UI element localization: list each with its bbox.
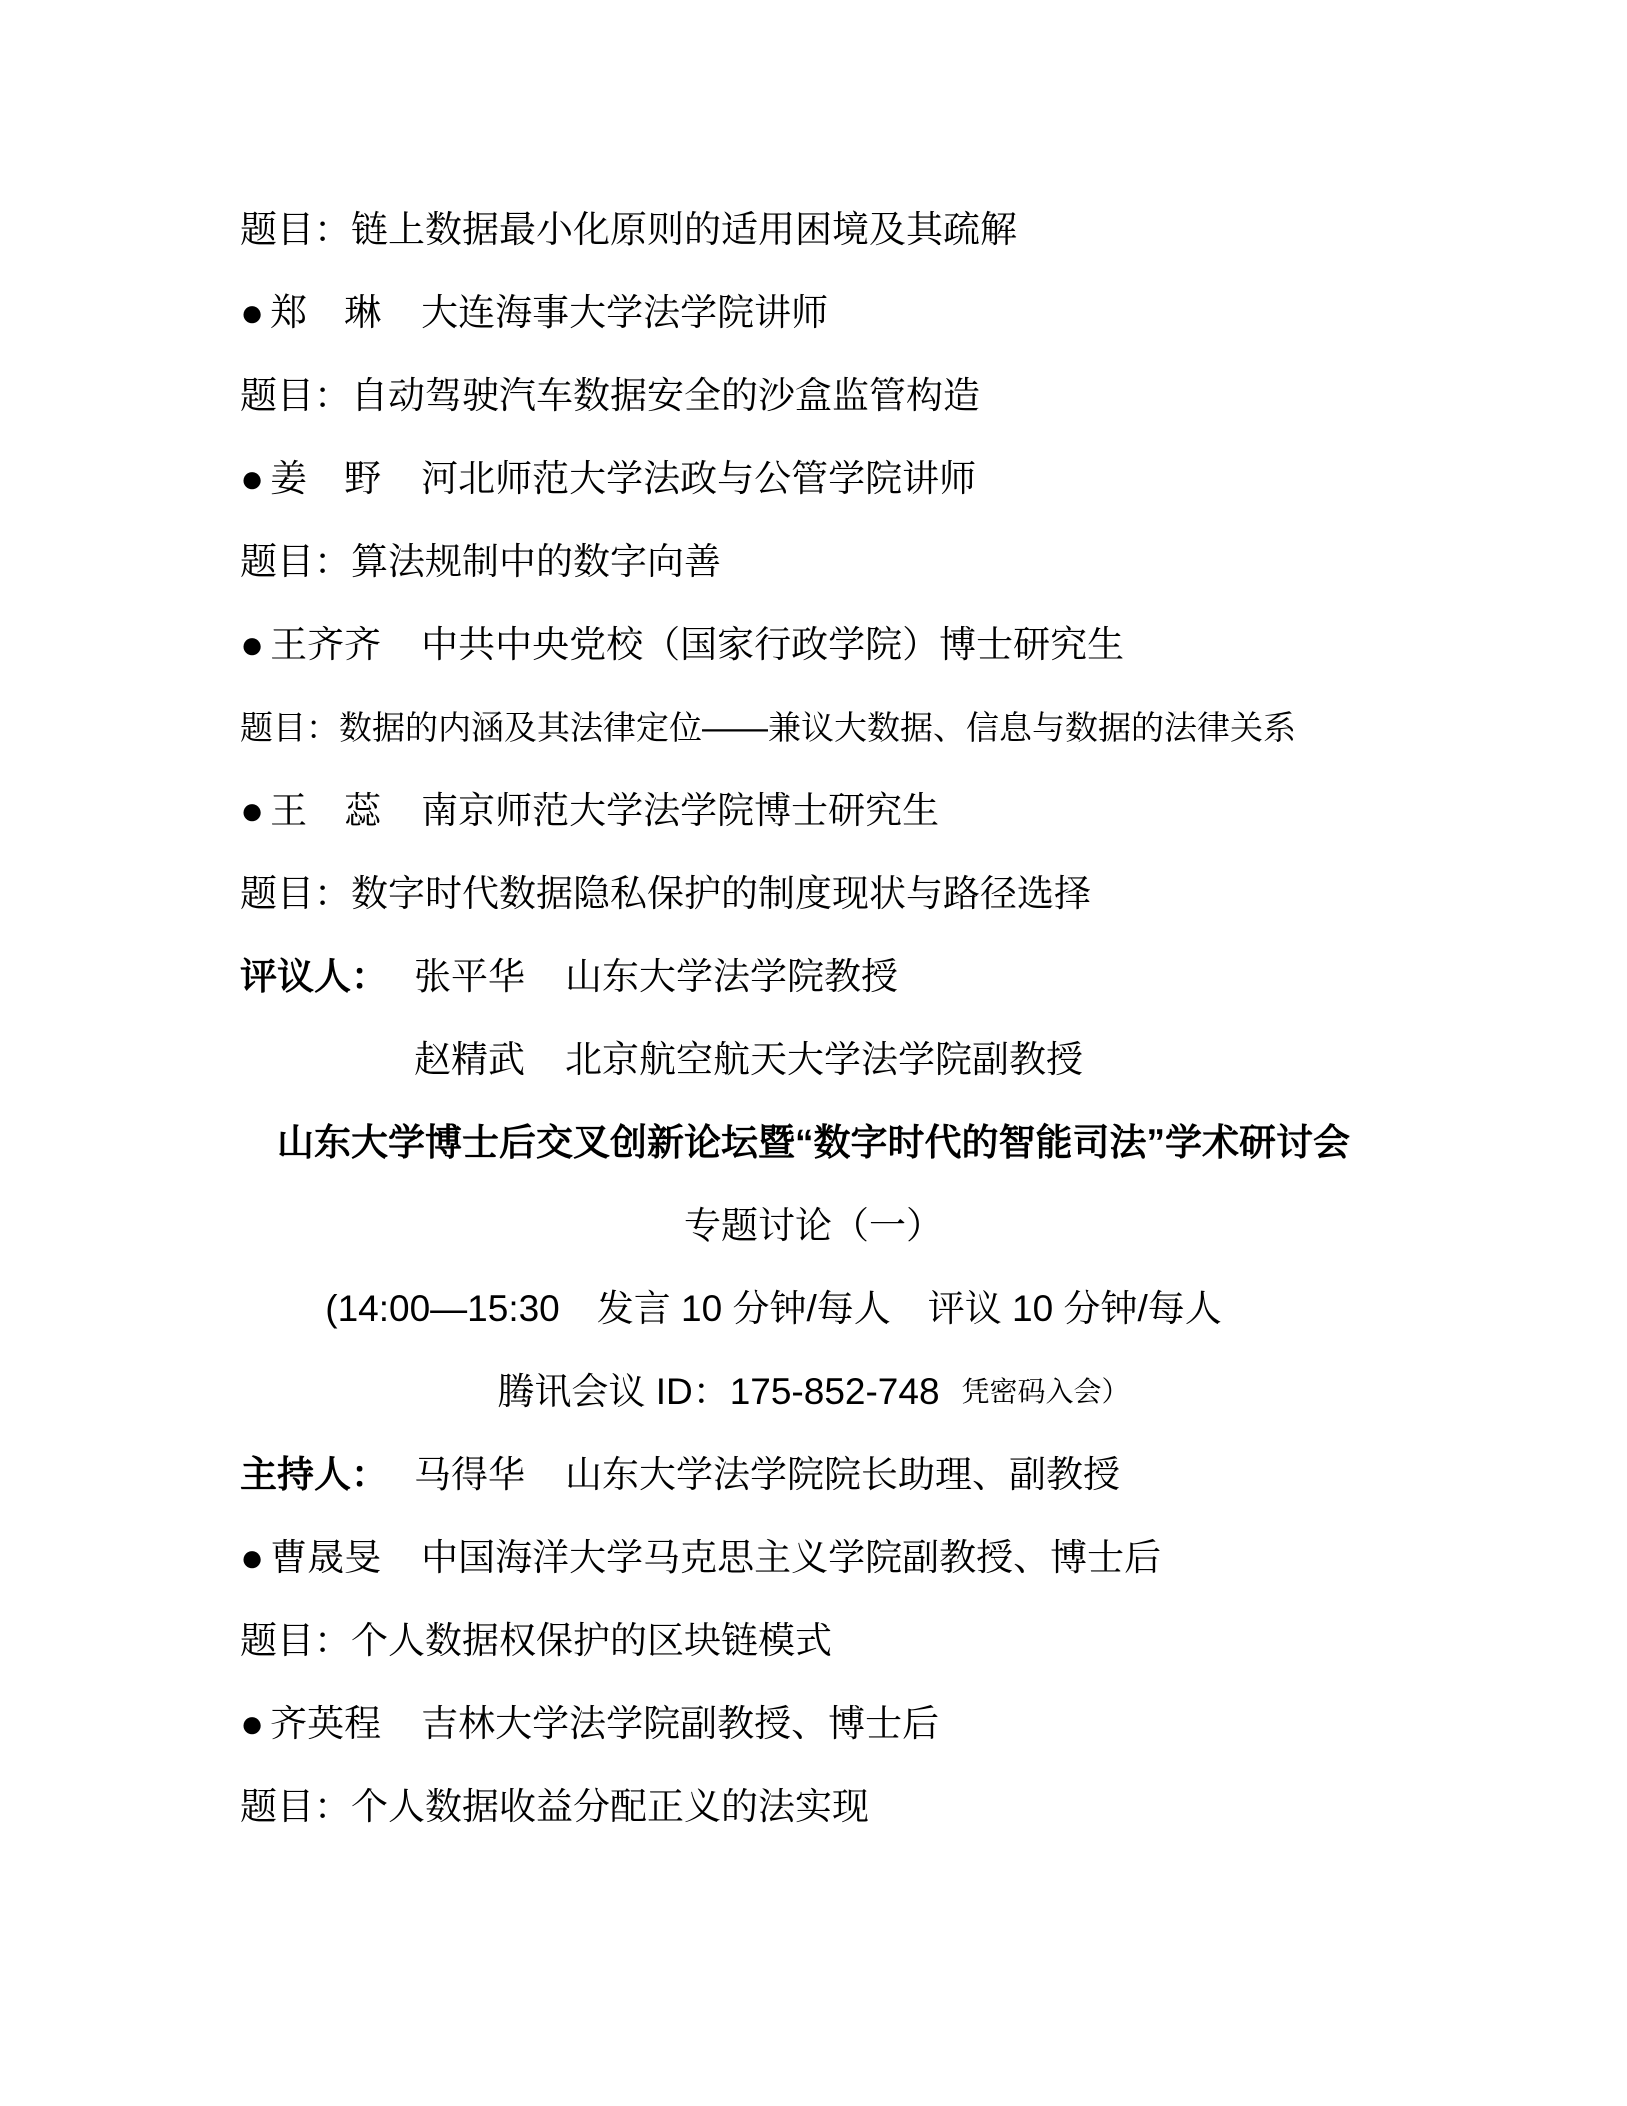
speaker-affiliation: 中国海洋大学马克思主义学院副教授、博士后 xyxy=(421,1539,1161,1576)
speaker-line: ● 齐英程 吉林大学法学院副教授、博士后 xyxy=(240,1682,1387,1765)
topic-line: 题目：自动驾驶汽车数据安全的沙盒监管构造 xyxy=(240,354,1387,437)
speaker-name: 齐英程 xyxy=(270,1705,381,1742)
topic-line: 题目：数字时代数据隐私保护的制度现状与路径选择 xyxy=(240,852,1387,935)
conference-program-page: 题目：链上数据最小化原则的适用困境及其疏解 ● 郑 琳 大连海事大学法学院讲师 … xyxy=(0,0,1627,2106)
speaker-name: 姜 野 xyxy=(270,460,381,497)
speaker-line: ● 王齐齐 中共中央党校（国家行政学院）博士研究生 xyxy=(240,603,1387,686)
speaker-bullet-icon: ● xyxy=(240,1704,264,1744)
speaker-affiliation: 河北师范大学法政与公管学院讲师 xyxy=(421,460,976,497)
meeting-id-text: 腾讯会议 ID：175-852-748 xyxy=(497,1373,939,1410)
topic-line: 题目：算法规制中的数字向善 xyxy=(240,520,1387,603)
speaker-line: ● 姜 野 河北师范大学法政与公管学院讲师 xyxy=(240,437,1387,520)
speaker-line: ● 王 蕊 南京师范大学法学院博士研究生 xyxy=(240,769,1387,852)
speaker-bullet-icon: ● xyxy=(240,459,264,499)
host-name: 马得华 xyxy=(414,1456,525,1493)
speaker-bullet-icon: ● xyxy=(240,1538,264,1578)
host-affiliation: 山东大学法学院院长助理、副教授 xyxy=(565,1456,1120,1493)
topic-line: 题目：个人数据收益分配正义的法实现 xyxy=(240,1765,1387,1848)
forum-title-text: 山东大学博士后交叉创新论坛暨“数字时代的智能司法”学术研讨会 xyxy=(277,1124,1350,1161)
topic-line: 题目：数据的内涵及其法律定位——兼议大数据、信息与数据的法律关系 xyxy=(240,686,1387,769)
reviewers-label: 评议人： xyxy=(240,958,388,995)
topic-text: 题目：个人数据权保护的区块链模式 xyxy=(240,1622,832,1659)
speaker-affiliation: 吉林大学法学院副教授、博士后 xyxy=(421,1705,939,1742)
schedule-line: (14:00—15:30 发言 10 分钟/每人 评议 10 分钟/每人 xyxy=(240,1267,1387,1350)
speaker-line: ● 曹晟旻 中国海洋大学马克思主义学院副教授、博士后 xyxy=(240,1516,1387,1599)
schedule-text: (14:00—15:30 发言 10 分钟/每人 评议 10 分钟/每人 xyxy=(325,1290,1222,1327)
speaker-affiliation: 南京师范大学法学院博士研究生 xyxy=(421,792,939,829)
session-title-text: 专题讨论（一） xyxy=(684,1207,943,1244)
topic-line: 题目：个人数据权保护的区块链模式 xyxy=(240,1599,1387,1682)
topic-line: 题目：链上数据最小化原则的适用困境及其疏解 xyxy=(240,188,1387,271)
speaker-name: 郑 琳 xyxy=(270,294,381,331)
speaker-name: 王 蕊 xyxy=(270,792,381,829)
reviewer-name: 赵精武 xyxy=(414,1041,525,1078)
topic-text: 题目：数字时代数据隐私保护的制度现状与路径选择 xyxy=(240,875,1091,912)
speaker-bullet-icon: ● xyxy=(240,293,264,333)
reviewer-affiliation: 北京航空航天大学法学院副教授 xyxy=(565,1041,1083,1078)
speaker-line: ● 郑 琳 大连海事大学法学院讲师 xyxy=(240,271,1387,354)
meeting-id-line: 腾讯会议 ID：175-852-748 凭密码入会） xyxy=(240,1350,1387,1433)
speaker-bullet-icon: ● xyxy=(240,625,264,665)
host-label: 主持人： xyxy=(240,1456,388,1493)
topic-text: 题目：算法规制中的数字向善 xyxy=(240,543,721,580)
forum-title: 山东大学博士后交叉创新论坛暨“数字时代的智能司法”学术研讨会 xyxy=(240,1101,1387,1184)
speaker-affiliation: 大连海事大学法学院讲师 xyxy=(421,294,828,331)
host-line: 主持人： 马得华 山东大学法学院院长助理、副教授 xyxy=(240,1433,1387,1516)
reviewer-affiliation: 山东大学法学院教授 xyxy=(565,958,898,995)
topic-text: 题目：数据的内涵及其法律定位——兼议大数据、信息与数据的法律关系 xyxy=(240,711,1296,744)
topic-text: 题目：链上数据最小化原则的适用困境及其疏解 xyxy=(240,211,1017,248)
program-text-block: 题目：链上数据最小化原则的适用困境及其疏解 ● 郑 琳 大连海事大学法学院讲师 … xyxy=(240,188,1387,1848)
speaker-bullet-icon: ● xyxy=(240,791,264,831)
speaker-affiliation: 中共中央党校（国家行政学院）博士研究生 xyxy=(421,626,1124,663)
reviewers-line-continued: 赵精武 北京航空航天大学法学院副教授 xyxy=(240,1018,1387,1101)
speaker-name: 曹晟旻 xyxy=(270,1539,381,1576)
topic-text: 题目：自动驾驶汽车数据安全的沙盒监管构造 xyxy=(240,377,980,414)
session-title: 专题讨论（一） xyxy=(240,1184,1387,1267)
speaker-name: 王齐齐 xyxy=(270,626,381,663)
reviewer-name: 张平华 xyxy=(414,958,525,995)
meeting-password-note: 凭密码入会） xyxy=(962,1378,1130,1406)
topic-text: 题目：个人数据收益分配正义的法实现 xyxy=(240,1788,869,1825)
reviewers-line: 评议人： 张平华 山东大学法学院教授 xyxy=(240,935,1387,1018)
